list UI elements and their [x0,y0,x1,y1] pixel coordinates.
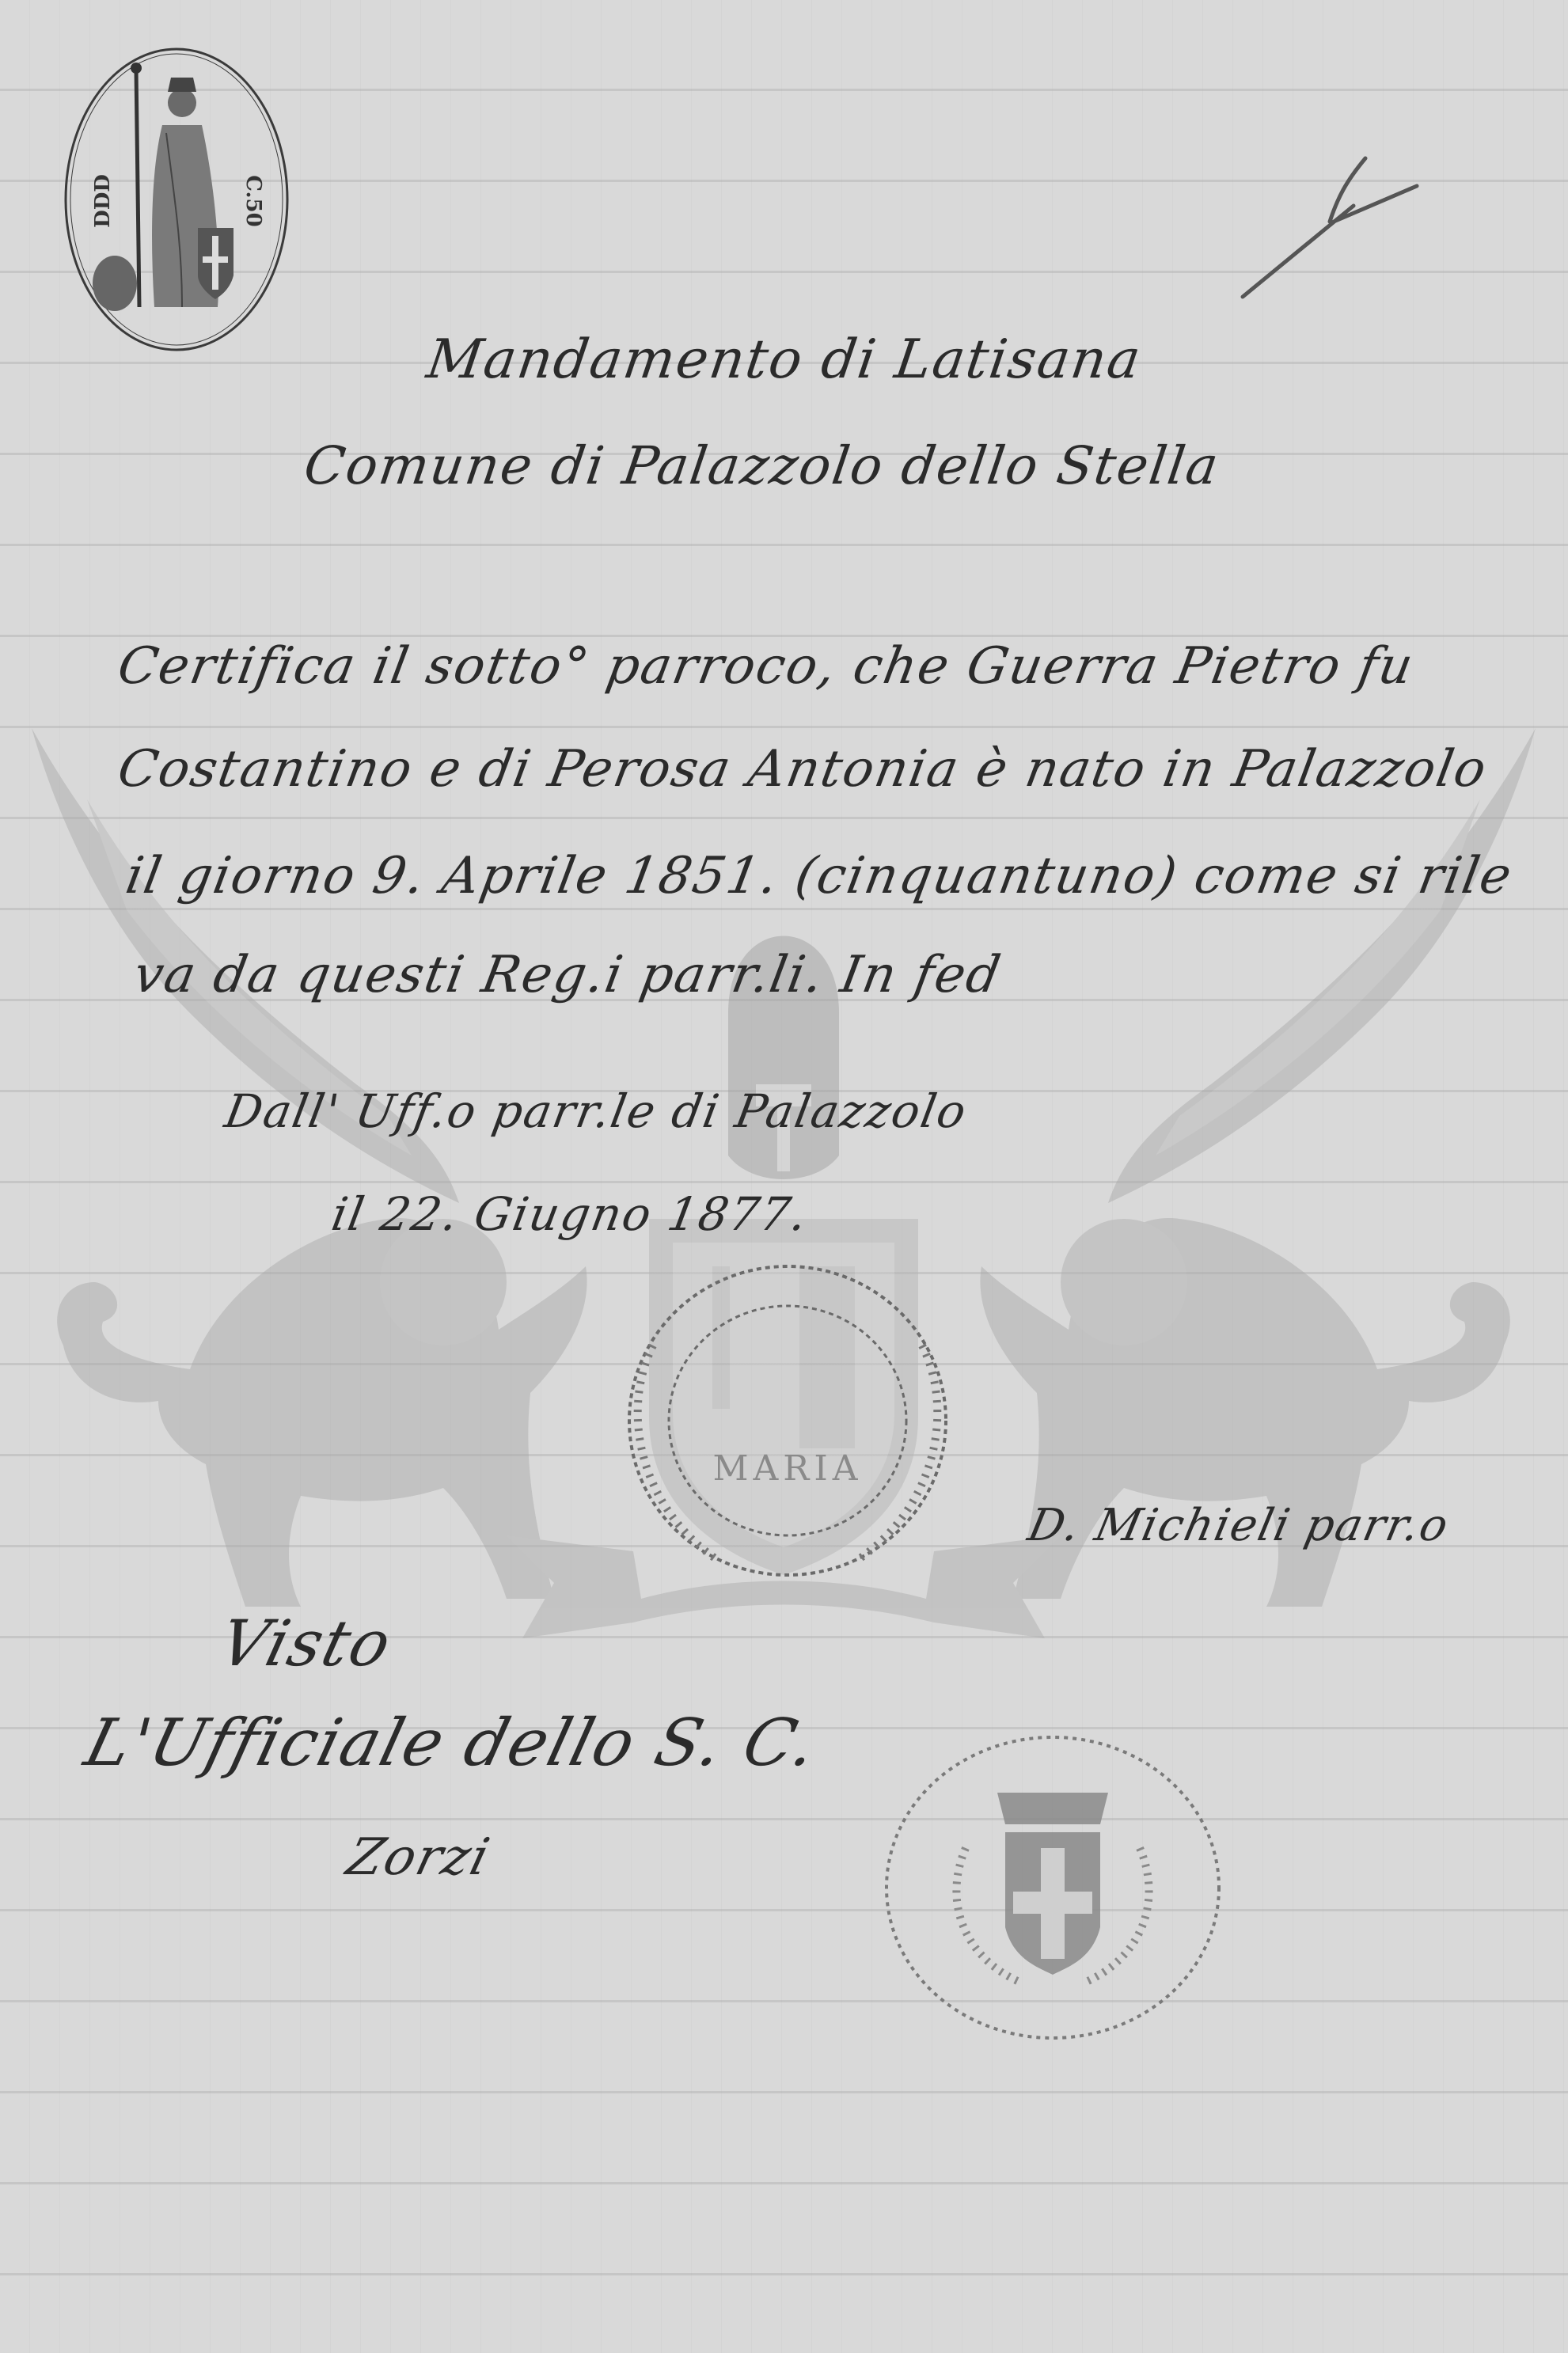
priest-signature: D. Michieli parr.o [1023,1500,1454,1551]
svg-text:C.50: C.50 [241,175,265,226]
certificate-text-line: Certifica il sotto° parroco, che Guerra … [113,637,1418,696]
visto-label: Visto [212,1607,400,1680]
issuing-office: Dall' Uff.o parr.le di Palazzolo [221,1084,971,1138]
savoy-cross-seal-icon [879,1729,1227,2046]
document-page: DDD C.50 Mandamento di Latisana Comune d… [0,0,1568,2353]
header-comune: Comune di Palazzolo dello Stella [301,435,1224,496]
certificate-text-line: il giorno 9. Aprile 1851. (cinquantuno) … [121,847,1517,905]
issue-date: il 22. Giugno 1877. [328,1187,812,1241]
svg-text:MARIA: MARIA [712,1448,862,1489]
parish-seal: MARIA [606,1251,970,1583]
revenue-stamp: DDD C.50 [63,46,290,353]
civil-registry-seal [879,1729,1227,2046]
svg-text:DDD: DDD [91,174,115,228]
check-mark-icon [1235,142,1425,301]
official-title: L'Ufficiale dello S. C. [78,1706,826,1781]
parish-seal-stamp-icon: MARIA [606,1251,970,1583]
header-mandamento: Mandamento di Latisana [423,328,1145,391]
official-signature: Zorzi [341,1828,496,1887]
certificate-text-line: Costantino e di Perosa Antonia è nato in… [113,740,1491,799]
italia-turrita-stamp-icon: DDD C.50 [63,46,290,353]
certificate-text-line: va da questi Reg.i parr.li. In fed [129,946,1005,1004]
